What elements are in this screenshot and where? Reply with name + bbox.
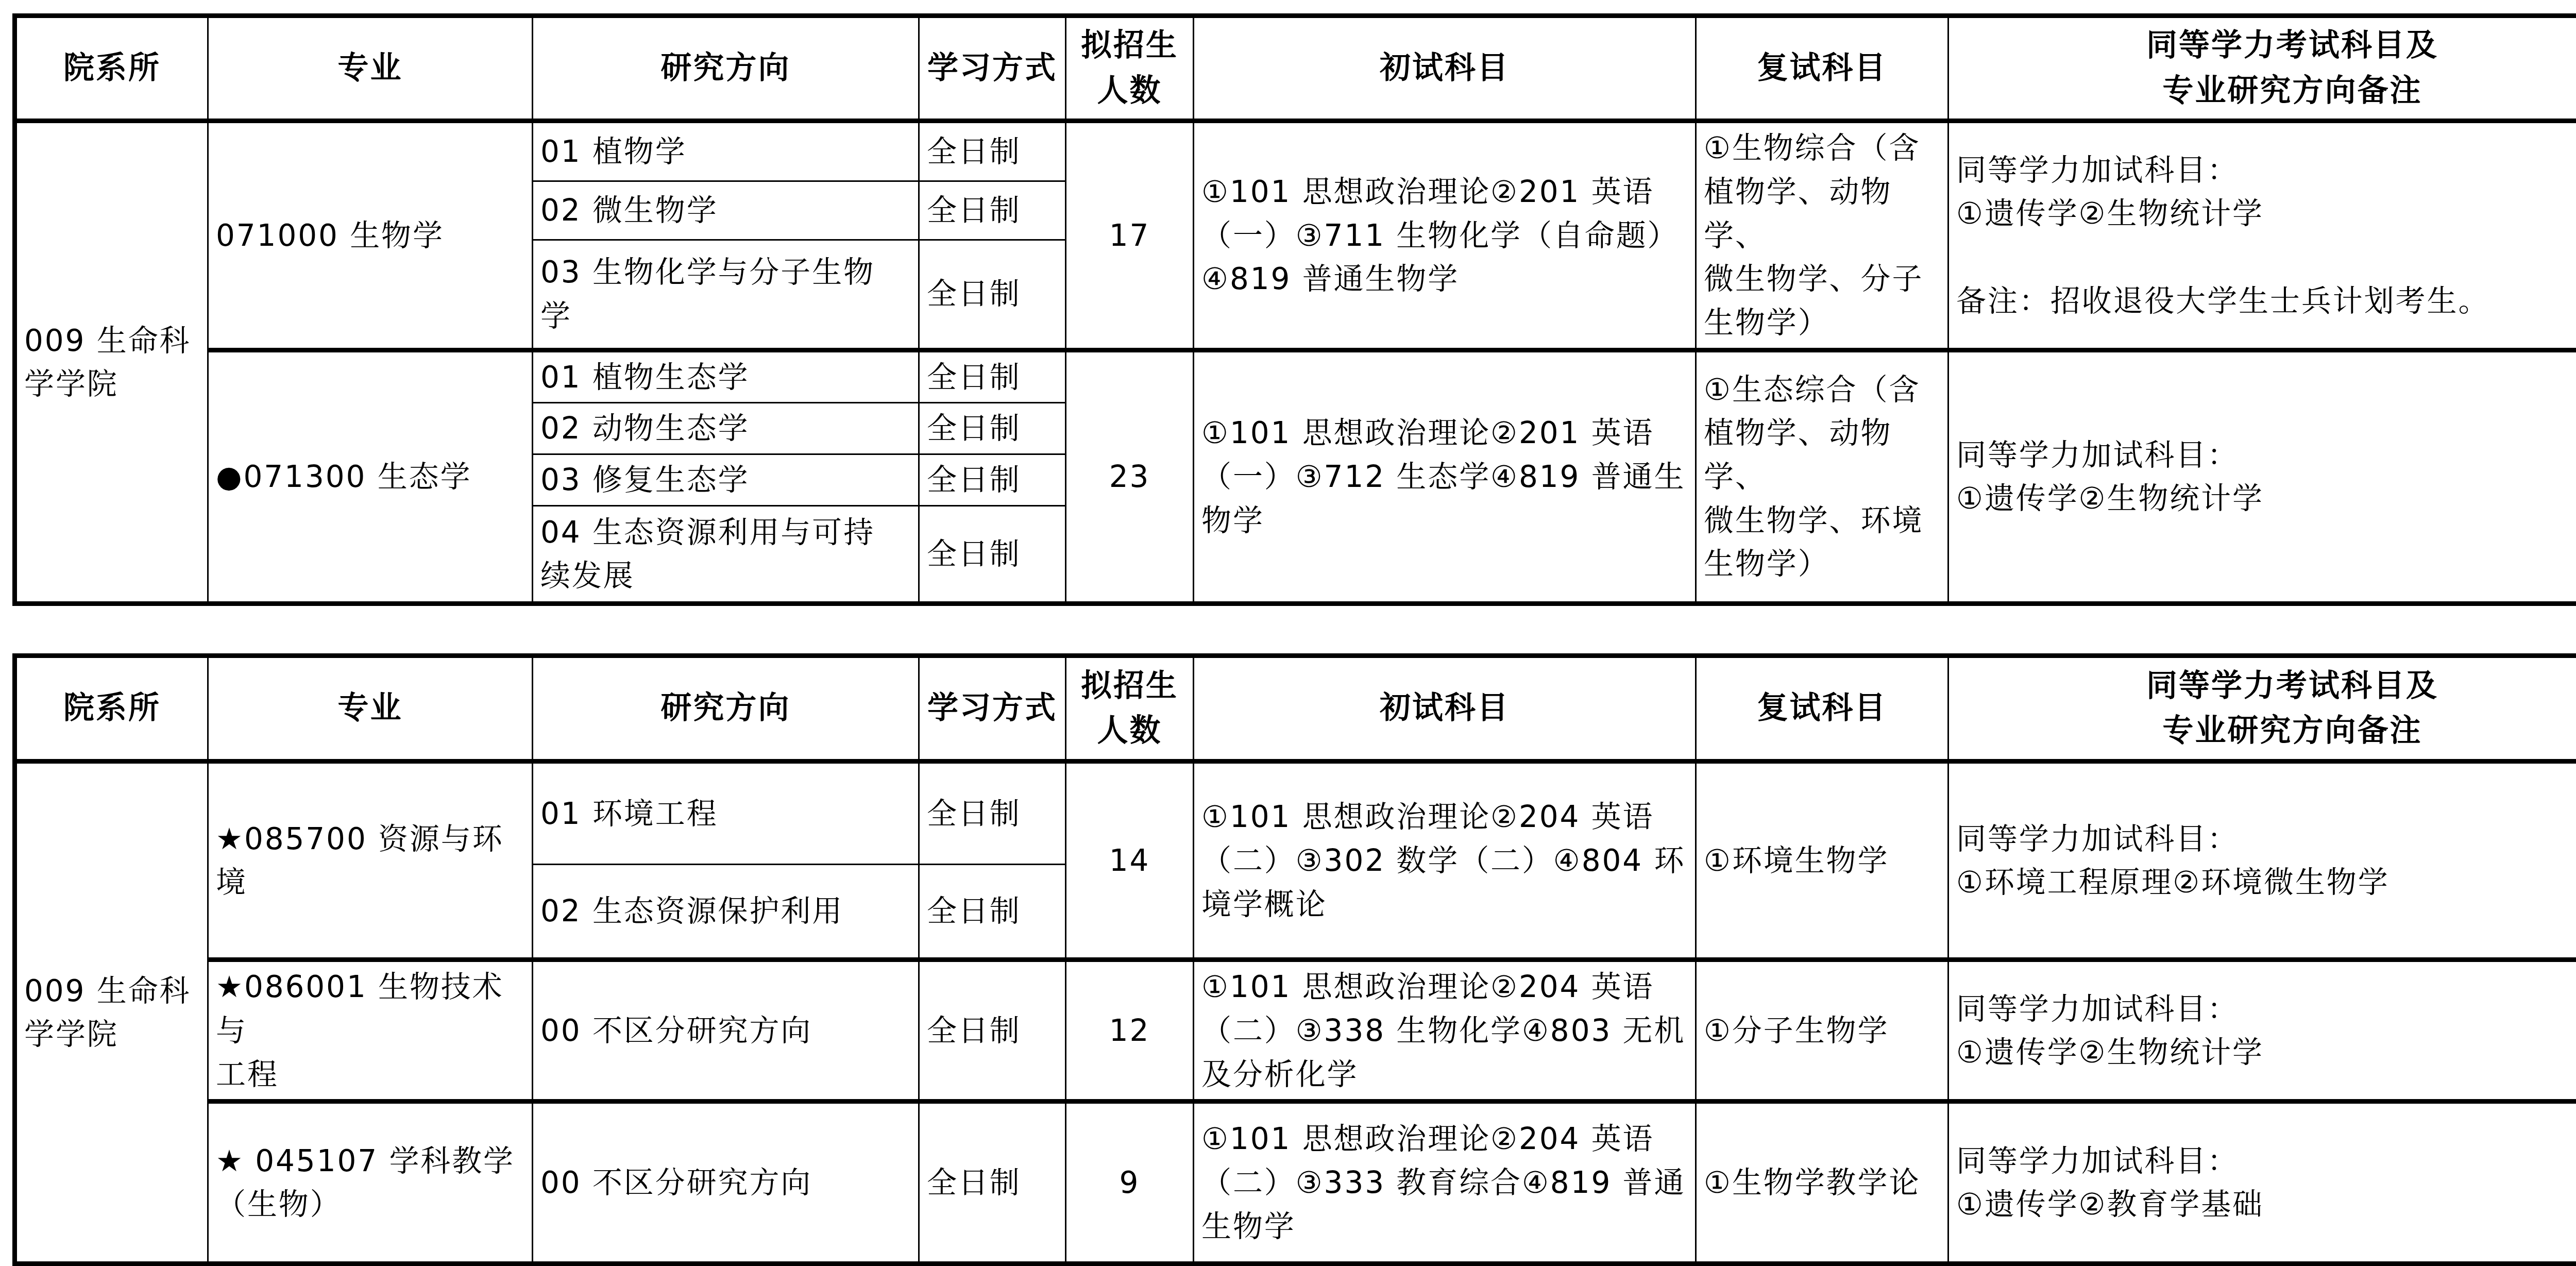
quota-cell: 17 [1066, 121, 1194, 350]
header-cell: 同等学力考试科目及 专业研究方向备注 [1948, 16, 2576, 121]
research-direction-cell: 03 生物化学与分子生物 学 [533, 240, 919, 350]
equivalent-education-notes-cell: 同等学力加试科目： ①遗传学②生物统计学 [1948, 960, 2576, 1102]
header-cell: 专业 [208, 656, 533, 762]
initial-exam-subjects-cell: ①101 思想政治理论②201 英语 （一）③711 生物化学（自命题） ④81… [1194, 121, 1696, 350]
research-direction-cell: 02 生态资源保护利用 [533, 865, 919, 960]
header-cell: 学习方式 [919, 656, 1066, 762]
header-row: 院系所专业研究方向学习方式拟招生 人数初试科目复试科目同等学力考试科目及 专业研… [15, 16, 2576, 121]
major-cell: ★ 045107 学科教学 （生物） [208, 1102, 533, 1264]
study-mode-cell: 全日制 [919, 960, 1066, 1102]
header-row: 院系所专业研究方向学习方式拟招生 人数初试科目复试科目同等学力考试科目及 专业研… [15, 656, 2576, 762]
header-cell: 研究方向 [533, 16, 919, 121]
quota-cell: 23 [1066, 350, 1194, 604]
research-direction-cell: 00 不区分研究方向 [533, 1102, 919, 1264]
research-direction-cell: 03 修复生态学 [533, 454, 919, 506]
research-direction-cell: 02 微生物学 [533, 181, 919, 240]
research-direction-cell: 00 不区分研究方向 [533, 960, 919, 1102]
header-cell: 初试科目 [1194, 16, 1696, 121]
study-mode-cell: 全日制 [919, 762, 1066, 865]
header-cell: 研究方向 [533, 656, 919, 762]
study-mode-cell: 全日制 [919, 865, 1066, 960]
research-direction-cell: 01 环境工程 [533, 762, 919, 865]
header-cell: 专业 [208, 16, 533, 121]
study-mode-cell: 全日制 [919, 350, 1066, 403]
initial-exam-subjects-cell: ①101 思想政治理论②201 英语 （一）③712 生态学④819 普通生 物… [1194, 350, 1696, 604]
study-mode-cell: 全日制 [919, 240, 1066, 350]
initial-exam-subjects-cell: ①101 思想政治理论②204 英语 （二）③333 教育综合④819 普通 生… [1194, 1102, 1696, 1264]
study-mode-cell: 全日制 [919, 121, 1066, 181]
retest-subjects-cell: ①生物学教学论 [1696, 1102, 1948, 1264]
department-cell: 009 生命科 学学院 [15, 121, 208, 604]
header-cell: 复试科目 [1696, 656, 1948, 762]
major-cell: ●071300 生态学 [208, 350, 533, 604]
equivalent-education-notes-cell: 同等学力加试科目： ①环境工程原理②环境微生物学 [1948, 762, 2576, 960]
quota-cell: 14 [1066, 762, 1194, 960]
admissions-table-2: 院系所专业研究方向学习方式拟招生 人数初试科目复试科目同等学力考试科目及 专业研… [12, 653, 2576, 1266]
initial-exam-subjects-cell: ①101 思想政治理论②204 英语 （二）③338 生物化学④803 无机 及… [1194, 960, 1696, 1102]
table-row: 009 生命科 学学院★085700 资源与环境01 环境工程全日制14①101… [15, 762, 2576, 865]
retest-subjects-cell: ①环境生物学 [1696, 762, 1948, 960]
equivalent-education-notes-cell: 同等学力加试科目： ①遗传学②教育学基础 [1948, 1102, 2576, 1264]
initial-exam-subjects-cell: ①101 思想政治理论②204 英语 （二）③302 数学（二）④804 环 境… [1194, 762, 1696, 960]
header-cell: 院系所 [15, 16, 208, 121]
study-mode-cell: 全日制 [919, 1102, 1066, 1264]
research-direction-cell: 04 生态资源利用与可持 续发展 [533, 506, 919, 604]
table-row: ●071300 生态学01 植物生态学全日制23①101 思想政治理论②201 … [15, 350, 2576, 403]
major-cell: 071000 生物学 [208, 121, 533, 350]
table-row: 009 生命科 学学院071000 生物学01 植物学全日制17①101 思想政… [15, 121, 2576, 181]
research-direction-cell: 01 植物学 [533, 121, 919, 181]
header-cell: 学习方式 [919, 16, 1066, 121]
quota-cell: 12 [1066, 960, 1194, 1102]
header-cell: 初试科目 [1194, 656, 1696, 762]
admissions-table-1: 院系所专业研究方向学习方式拟招生 人数初试科目复试科目同等学力考试科目及 专业研… [12, 13, 2576, 606]
retest-subjects-cell: ①分子生物学 [1696, 960, 1948, 1102]
department-cell: 009 生命科 学学院 [15, 762, 208, 1264]
study-mode-cell: 全日制 [919, 506, 1066, 604]
table-row: ★086001 生物技术与 工程00 不区分研究方向全日制12①101 思想政治… [15, 960, 2576, 1102]
major-cell: ★085700 资源与环境 [208, 762, 533, 960]
research-direction-cell: 02 动物生态学 [533, 403, 919, 454]
study-mode-cell: 全日制 [919, 403, 1066, 454]
retest-subjects-cell: ①生态综合（含 植物学、动物学、 微生物学、环境 生物学） [1696, 350, 1948, 604]
header-cell: 同等学力考试科目及 专业研究方向备注 [1948, 656, 2576, 762]
quota-cell: 9 [1066, 1102, 1194, 1264]
equivalent-education-notes-cell: 同等学力加试科目： ①遗传学②生物统计学 [1948, 350, 2576, 604]
equivalent-education-notes-cell: 同等学力加试科目： ①遗传学②生物统计学 备注：招收退役大学生士兵计划考生。 [1948, 121, 2576, 350]
header-cell: 拟招生 人数 [1066, 16, 1194, 121]
major-cell: ★086001 生物技术与 工程 [208, 960, 533, 1102]
table-row: ★ 045107 学科教学 （生物）00 不区分研究方向全日制9①101 思想政… [15, 1102, 2576, 1264]
study-mode-cell: 全日制 [919, 454, 1066, 506]
header-cell: 院系所 [15, 656, 208, 762]
header-cell: 拟招生 人数 [1066, 656, 1194, 762]
research-direction-cell: 01 植物生态学 [533, 350, 919, 403]
header-cell: 复试科目 [1696, 16, 1948, 121]
retest-subjects-cell: ①生物综合（含 植物学、动物学、 微生物学、分子 生物学） [1696, 121, 1948, 350]
study-mode-cell: 全日制 [919, 181, 1066, 240]
admissions-document-page: 院系所专业研究方向学习方式拟招生 人数初试科目复试科目同等学力考试科目及 专业研… [0, 0, 2576, 1201]
